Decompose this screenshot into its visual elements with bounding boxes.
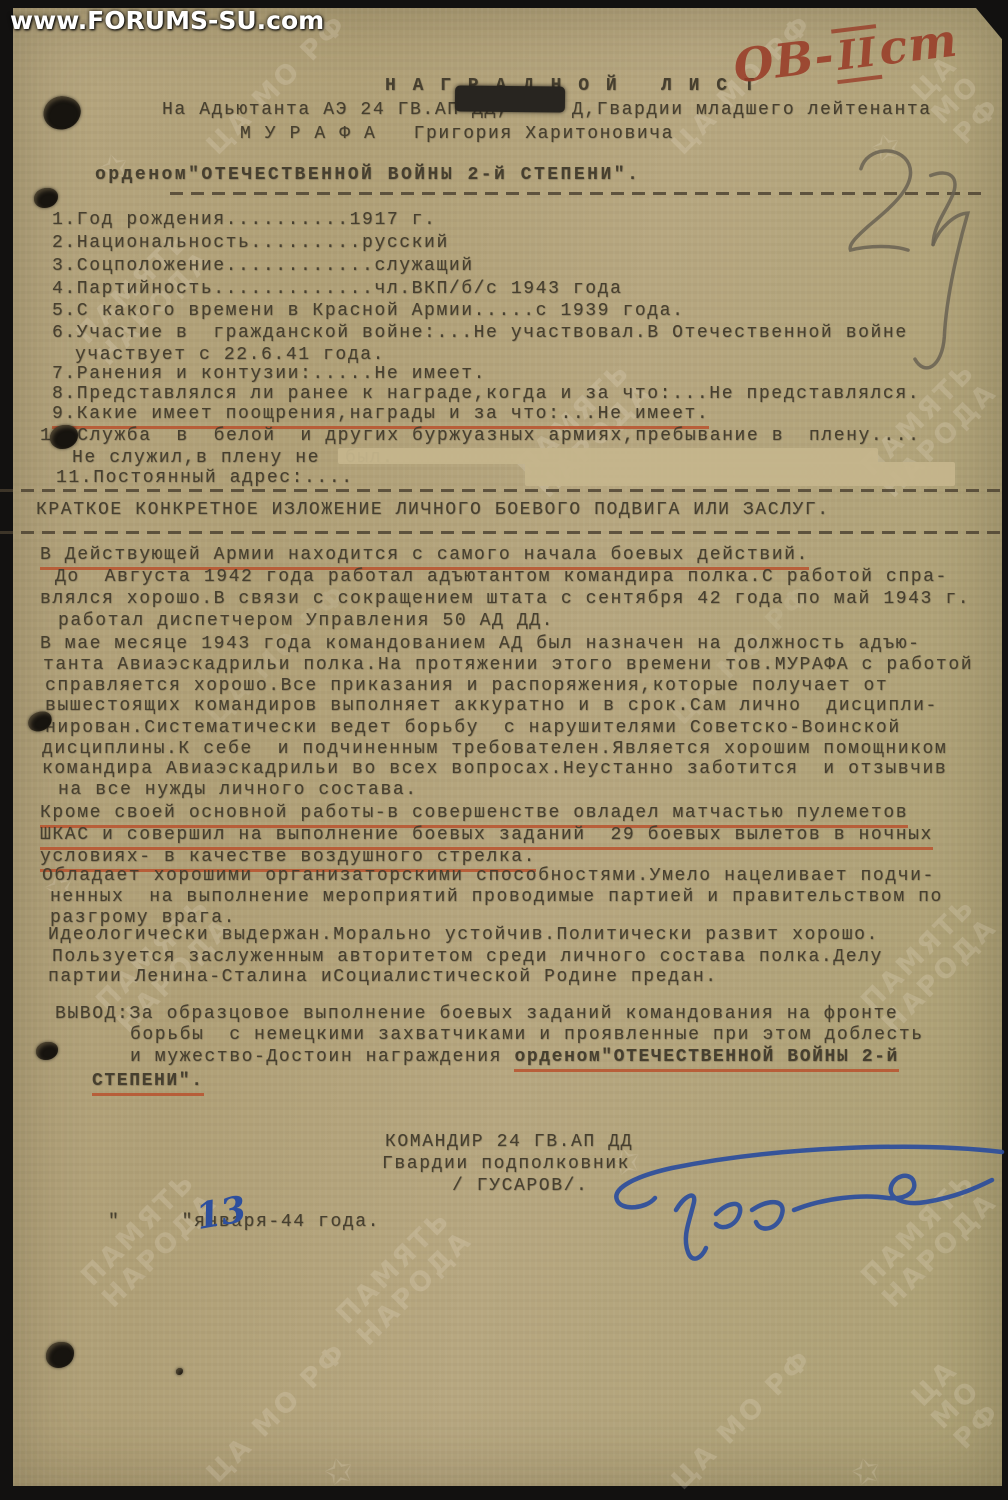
body-line: на все нужды личного состава. (58, 780, 418, 800)
body-line: Идеологически выдержан.Морально устойчив… (48, 925, 879, 945)
body-line: ШКАС и совершил на выполнение боевых зад… (40, 825, 933, 845)
body-line: танта Авиаэскадрильи полка.На протяжении… (43, 655, 973, 675)
conclusion-order-underlined: орденом"ОТЕЧЕСТВЕННОЙ ВОЙНЫ 2-й (514, 1047, 898, 1072)
body-line: вышестоящих командиров выполняет аккурат… (45, 696, 938, 716)
signature-rank-line: Гвардии подполковник (382, 1154, 630, 1174)
dashed-separator (170, 192, 988, 195)
site-watermark: www.FORUMS-SU.com (10, 6, 324, 35)
questionnaire-item-11: 11.Постоянный адрес:.... (56, 468, 354, 488)
questionnaire-item-7: 7.Ранения и контузии:.....Не имеет. (52, 364, 486, 384)
handwritten-day-number: 13 (193, 1188, 250, 1238)
body-line: Кроме своей основной работы-в совершенст… (40, 803, 908, 823)
typewritten-layer: Н А Г Р А Д Н О Й Л И С Т На Адьютанта А… (0, 0, 1008, 1500)
header-line1-after-redaction: Д,Гвардии младшего лейтенанта (572, 100, 932, 120)
questionnaire-item-2: 2.Национальность.........русский (52, 233, 449, 253)
body-line: влялся хорошо.В связи с сокращением штат… (40, 589, 970, 609)
body-line: В Действующей Армии находится с самого н… (40, 545, 809, 565)
order-name-line: орденом"ОТЕЧЕСТВЕННОЙ ВОЙНЫ 2-й СТЕПЕНИ"… (95, 165, 640, 185)
body-line: Пользуется заслуженным авторитетом среди… (52, 947, 883, 967)
scanned-award-document: ЦА МО РФ ЦА МО РФ ЦА МО РФ ЦА МО РФ ЦА М… (0, 0, 1008, 1500)
redaction-black (455, 85, 565, 112)
body-line: справляется хорошо.Все приказания и расп… (45, 676, 888, 696)
red-code-suffix: ст (876, 12, 961, 75)
questionnaire-item-1: 1.Год рождения..........1917 г. (52, 210, 436, 230)
body-line: Обладает хорошими организаторскими спосо… (42, 866, 935, 886)
document-title: Н А Г Р А Д Н О Й Л И С Т (385, 76, 758, 96)
dashed-separator (0, 489, 1008, 492)
signature-name-typed: / ГУСАРОВ/. (452, 1176, 588, 1196)
questionnaire-item-8: 8.Представлялся ли ранее к награде,когда… (52, 384, 920, 404)
body-line: дисциплины.К себе и подчиненным требоват… (42, 739, 947, 759)
conclusion-line: ВЫВОД:За образцовое выполнение боевых за… (55, 1004, 898, 1024)
conclusion-line: борьбы с немецкими захватчиками и проявл… (130, 1025, 924, 1045)
questionnaire-item-6-cont: участвует с 22.6.41 года. (75, 345, 385, 365)
conclusion-line-plain: и мужество-Достоин награждения (130, 1047, 514, 1067)
body-line: командира Авиаэскадрильи во всех вопроса… (42, 759, 947, 779)
questionnaire-item-5: 5.С какого времени в Красной Армии.....с… (52, 301, 685, 321)
red-code-roman-numeral: II (831, 24, 883, 84)
body-line: В мае месяце 1943 года командованием АД … (40, 634, 921, 654)
questionnaire-item-9: 9.Какие имеет поощрения,награды и за что… (52, 404, 709, 424)
date-open-quote: " (108, 1212, 120, 1232)
body-line: нирован.Систематически ведет борьбу с на… (45, 718, 901, 738)
conclusion-order-underlined: СТЕПЕНИ". (92, 1071, 204, 1096)
questionnaire-item-10: 10.Служба в белой и других буржуазных ар… (40, 426, 921, 446)
body-line: ненных на выполнение мероприятий проводи… (50, 887, 943, 907)
conclusion-line: СТЕПЕНИ". (92, 1071, 204, 1091)
body-line: партии Ленина-Сталина иСоциалистической … (48, 967, 718, 987)
questionnaire-item-6: 6.Участие в гражданской войне:...Не учас… (52, 323, 908, 343)
awardee-name-line: М У Р А Ф А Григория Харитоновича (240, 124, 674, 144)
conclusion-line: и мужество-Достоин награждения орденом"О… (130, 1047, 899, 1067)
body-line: условиях- в качестве воздушного стрелка. (40, 847, 536, 867)
section-heading: КРАТКОЕ КОНКРЕТНОЕ ИЗЛОЖЕНИЕ ЛИЧНОГО БОЕ… (36, 500, 830, 520)
dashed-separator (0, 531, 1008, 534)
signature-commander-line: КОМАНДИР 24 ГВ.АП ДД (385, 1132, 633, 1152)
body-line: работал диспетчером Управления 50 АД ДД. (58, 611, 554, 631)
questionnaire-item-3: 3.Соцположение............служащий (52, 256, 474, 276)
questionnaire-item-4: 4.Партийность.............чл.ВКП/б/с 194… (52, 279, 622, 299)
redaction-light (525, 462, 955, 486)
body-line: До Августа 1942 года работал адъютантом … (55, 567, 948, 587)
